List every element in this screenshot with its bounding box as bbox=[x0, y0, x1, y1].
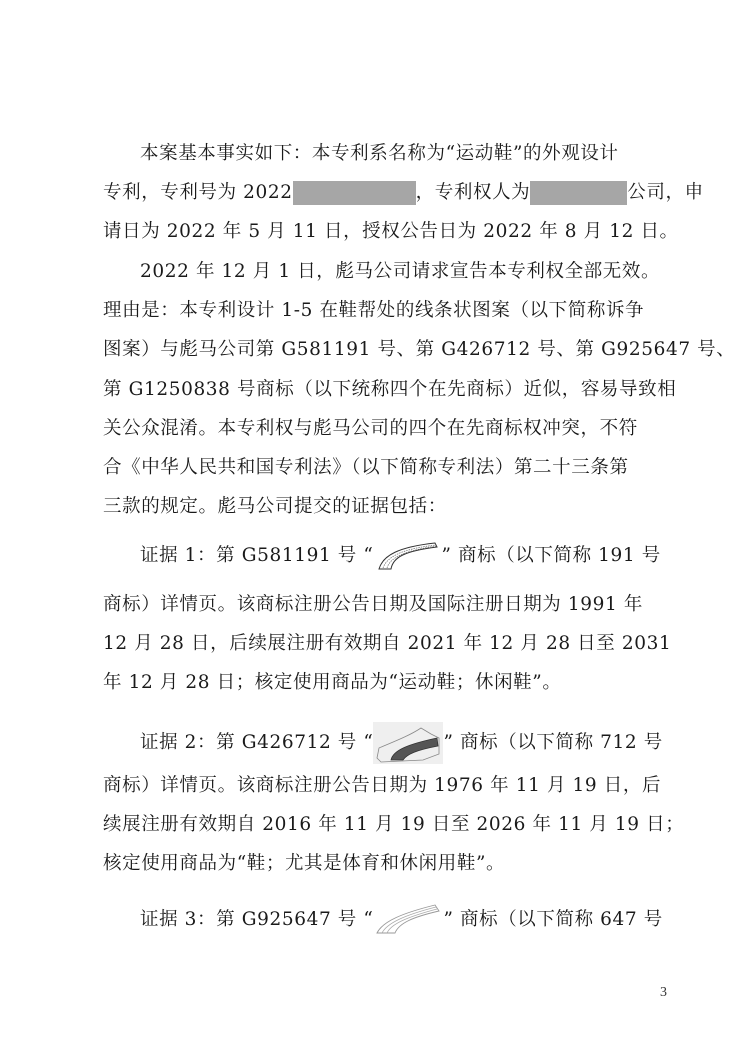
paragraph-2-line-4: 第 G1250838 号商标（以下统称四个在先商标）近似，容易导致相 bbox=[103, 377, 648, 403]
paragraph-2-line-6: 合《中华人民共和国专利法》（以下简称专利法）第二十三条第 bbox=[103, 455, 648, 481]
evidence-2-line-3: 核定使用商品为“鞋；尤其是体育和休闲用鞋”。 bbox=[103, 851, 648, 877]
trademark-647-image bbox=[373, 903, 443, 937]
evidence-3-heading: 证据 3：第 G925647 号 “ ” 商标（以下简称 647 号 bbox=[140, 903, 685, 937]
evidence-1-line-3: 年 12 月 28 日；核定使用商品为“运动鞋；休闲鞋”。 bbox=[103, 670, 648, 696]
trademark-712-image bbox=[373, 722, 443, 764]
paragraph-2-line-1: 2022 年 12 月 1 日，彪马公司请求宣告本专利权全部无效。 bbox=[140, 259, 685, 285]
text-segment: 公司，申 bbox=[627, 182, 703, 203]
paragraph-2-line-7: 三款的规定。彪马公司提交的证据包括： bbox=[103, 494, 648, 520]
text-segment: 专利，专利号为 2022 bbox=[103, 182, 293, 203]
text-segment: ，专利权人为 bbox=[416, 182, 531, 203]
redacted-patent-number bbox=[293, 181, 416, 205]
paragraph-1-line-2: 专利，专利号为 2022，专利权人为公司，申 bbox=[103, 180, 648, 206]
text-segment: 证据 3：第 G925647 号 “ bbox=[140, 909, 373, 930]
paragraph-1-line-3: 请日为 2022 年 5 月 11 日，授权公告日为 2022 年 8 月 12… bbox=[103, 219, 648, 245]
document-page: 本案基本事实如下：本专利系名称为“运动鞋”的外观设计 专利，专利号为 2022，… bbox=[0, 0, 750, 1061]
paragraph-1-line-1: 本案基本事实如下：本专利系名称为“运动鞋”的外观设计 bbox=[140, 141, 685, 167]
trademark-191-image bbox=[373, 541, 441, 571]
evidence-2-heading: 证据 2：第 G426712 号 “ ” 商标（以下简称 712 号 bbox=[140, 722, 685, 764]
evidence-1-line-2: 12 月 28 日，后续展注册有效期自 2021 年 12 月 28 日至 20… bbox=[103, 631, 648, 657]
page-number: 3 bbox=[660, 985, 667, 1001]
text-segment: ” 商标（以下简称 191 号 bbox=[441, 545, 660, 566]
paragraph-2-line-5: 关公众混淆。本专利权与彪马公司的四个在先商标权冲突，不符 bbox=[103, 416, 648, 442]
text-segment: ” 商标（以下简称 647 号 bbox=[443, 909, 662, 930]
evidence-2-line-1: 商标）详情页。该商标注册公告日期为 1976 年 11 月 19 日，后 bbox=[103, 773, 648, 799]
evidence-1-heading: 证据 1：第 G581191 号 “ ” 商标（以下简称 191 号 bbox=[140, 541, 685, 571]
evidence-2-line-2: 续展注册有效期自 2016 年 11 月 19 日至 2026 年 11 月 1… bbox=[103, 812, 648, 838]
redacted-patentee bbox=[530, 181, 627, 205]
evidence-1-line-1: 商标）详情页。该商标注册公告日期及国际注册日期为 1991 年 bbox=[103, 592, 648, 618]
text-segment: 证据 1：第 G581191 号 “ bbox=[140, 545, 373, 566]
paragraph-2-line-3: 图案）与彪马公司第 G581191 号、第 G426712 号、第 G92564… bbox=[103, 337, 648, 363]
text-segment: ” 商标（以下简称 712 号 bbox=[443, 732, 662, 753]
text-segment: 证据 2：第 G426712 号 “ bbox=[140, 732, 373, 753]
paragraph-2-line-2: 理由是：本专利设计 1-5 在鞋帮处的线条状图案（以下简称诉争 bbox=[103, 298, 648, 324]
